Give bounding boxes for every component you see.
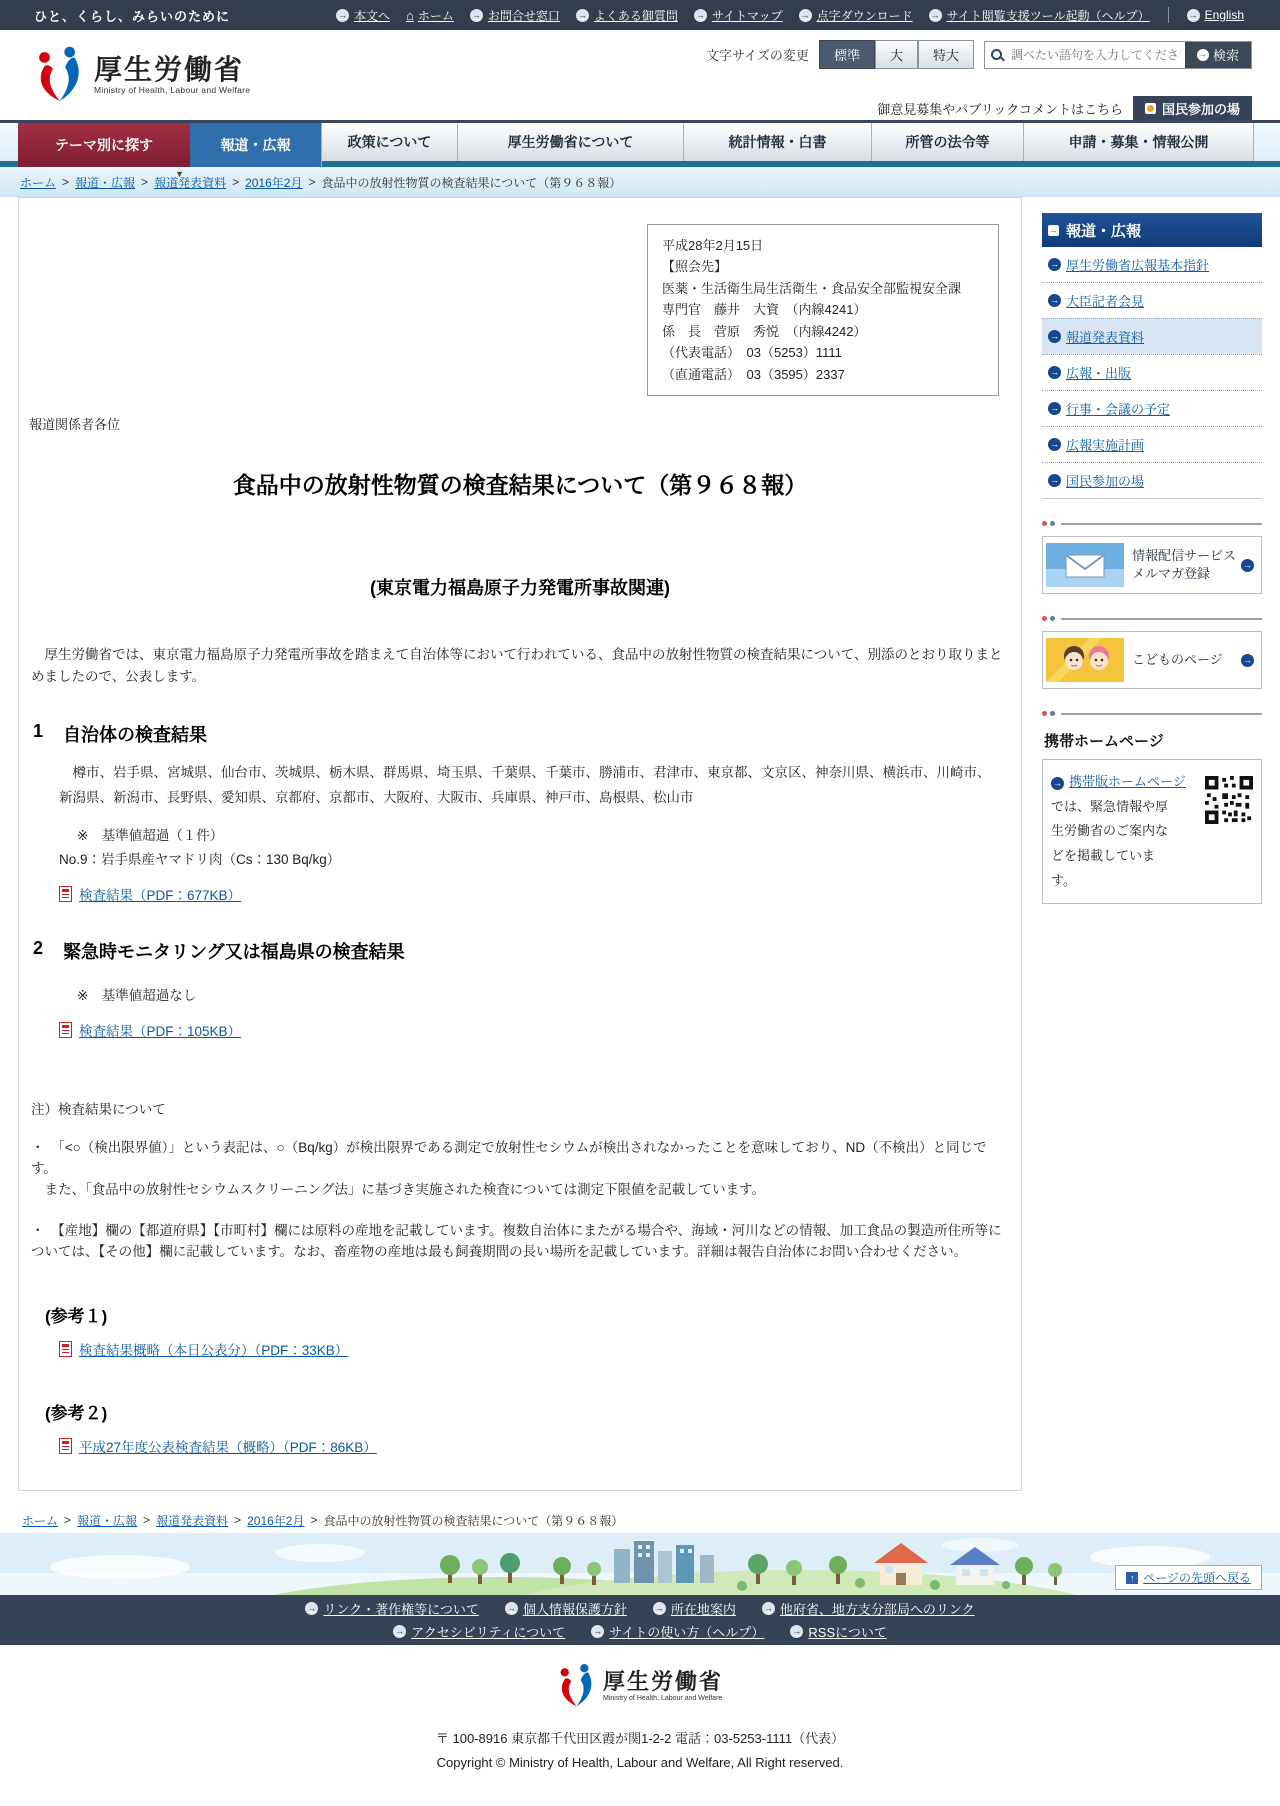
sidebar-item-pr-plan[interactable]: 広報実施計画 (1042, 426, 1262, 462)
page: ひと、くらし、みらいのために 本文へ ホーム お問合せ窓口 よくある御質問 サイ… (0, 0, 1280, 1806)
reference2-pdf-link[interactable]: 平成27年度公表検査結果（概略）（PDF：86KB） (79, 1440, 377, 1455)
reference1-row: 検査結果概略（本日公表分）（PDF：33KB） (59, 1339, 1021, 1359)
arrow-icon (1241, 654, 1254, 667)
footer-links-row1: リンク・著作権等について 個人情報保護方針 所在地案内 他府省、地方支分部局への… (305, 1599, 974, 1618)
footer-illustration: ページの先頭へ戻る (0, 1533, 1280, 1595)
mhlw-logo[interactable]: 厚生労働省 Ministry of Health, Labour and Wel… (34, 46, 250, 104)
arrow-icon (1187, 9, 1200, 22)
participation-icon (1145, 103, 1156, 114)
notes-heading: 注）検査結果について (31, 1098, 1021, 1118)
arrow-icon (762, 1602, 775, 1615)
breadcrumb-press-releases[interactable]: 報道発表資料 (156, 1512, 228, 1529)
footer-link-accessibility[interactable]: アクセシビリティについて (393, 1622, 565, 1641)
section2-heading: 2 緊急時モニタリング又は福島県の検査結果 (33, 938, 1021, 964)
intro-paragraph: 厚生労働省では、東京電力福島原子力発電所事故を踏まえて自治体等において行われてい… (31, 644, 1009, 687)
arrow-icon (336, 9, 349, 22)
global-nav: テーマ別に探す 報道・広報 政策について 厚生労働省について 統計情報・白書 所… (0, 120, 1280, 167)
footer: 厚生労働省 Ministry of Health, Labour and Wel… (0, 1645, 1280, 1806)
utility-links: 本文へ ホーム お問合せ窓口 よくある御質問 サイトマップ 点字ダウンロード サ… (336, 7, 1244, 24)
sidebar-item-publications[interactable]: 広報・出版 (1042, 354, 1262, 390)
section2-pdf-link[interactable]: 検査結果（PDF：105KB） (79, 1024, 241, 1039)
section2-exceedance-note: ※ 基準値超過なし (77, 984, 1021, 1004)
breadcrumb: ホーム> 報道・広報> 報道発表資料> 2016年2月> 食品中の放射性物質の検… (0, 167, 1280, 197)
pdf-icon (59, 886, 72, 902)
contact-line: 専門官 藤井 大資 （内線4241） (662, 299, 984, 320)
mailmag-banner-label: 情報配信サービス メルマガ登録 (1124, 547, 1241, 582)
note-item: ・ 「<○（検出限界値）」という表記は、○（Bq/kg）が検出限界である測定で放… (31, 1138, 1007, 1201)
breadcrumb-press[interactable]: 報道・広報 (77, 1512, 137, 1529)
footer-link-copyright-policy[interactable]: リンク・著作権等について (305, 1599, 478, 1618)
breadcrumb-month[interactable]: 2016年2月 (247, 1512, 304, 1529)
arrow-icon (470, 9, 483, 22)
arrow-icon (1048, 438, 1061, 451)
footer-link-rss[interactable]: RSSについて (790, 1622, 886, 1641)
content-area: 平成28年2月15日 【照会先】 医薬・生活衛生局生活衛生・食品安全部監視安全課… (0, 197, 1280, 1507)
footer-link-privacy[interactable]: 個人情報保護方針 (505, 1599, 627, 1618)
mailmag-banner[interactable]: 情報配信サービス メルマガ登録 (1042, 536, 1262, 594)
mobile-homepage-box: 携帯版ホームページ では、緊急情報や厚生労働省のご案内などを掲載しています。 (1042, 759, 1262, 904)
back-to-top[interactable]: ページの先頭へ戻る (1115, 1565, 1262, 1590)
mhlw-logo-mark (557, 1663, 595, 1709)
reference2-row: 平成27年度公表検査結果（概略）（PDF：86KB） (59, 1436, 1021, 1456)
header-controls: 文字サイズの変更 標準 大 特大 検索 (706, 40, 1252, 69)
mobile-homepage-text: では、緊急情報や厚生労働省のご案内などを掲載しています。 (1051, 795, 1179, 894)
link-accessibility-tool[interactable]: サイト閲覧支援ツール起動（ヘルプ） (929, 7, 1150, 24)
sidebar-item-minister-press[interactable]: 大臣記者会見 (1042, 282, 1262, 318)
contact-line: 医薬・生活衛生局生活衛生・食品安全部監視安全課 (662, 278, 984, 299)
reference1-pdf-link[interactable]: 検査結果概略（本日公表分）（PDF：33KB） (79, 1343, 348, 1358)
section1-pdf-link[interactable]: 検査結果（PDF：677KB） (79, 888, 241, 903)
arrow-icon (929, 9, 942, 22)
logo-subtitle: Ministry of Health, Labour and Welfare (94, 85, 250, 95)
section1-exceedance-detail: No.9：岩手県産ヤマドリ肉（Cs：130 Bq/kg） (59, 848, 1021, 868)
search-icon (991, 48, 1005, 62)
footer-link-help[interactable]: サイトの使い方（ヘルプ） (591, 1622, 764, 1641)
sidebar-divider (1042, 711, 1262, 716)
arrow-icon (1048, 474, 1061, 487)
mobile-homepage-heading: 携帯ホームページ (1044, 730, 1262, 751)
participation-button[interactable]: 国民参加の場 (1133, 96, 1252, 120)
arrow-icon (576, 9, 589, 22)
section2-pdf-row: 検査結果（PDF：105KB） (59, 1020, 1021, 1040)
salutation: 報道関係者各位 (29, 414, 1021, 433)
arrow-icon (1048, 294, 1061, 307)
sidebar: 報道・広報 厚生労働省広報基本指針 大臣記者会見 報道発表資料 広報・出版 行事… (1042, 213, 1262, 904)
link-contact[interactable]: お問合せ窓口 (470, 7, 560, 24)
arrow-icon (1048, 402, 1061, 415)
chevron-down-icon (175, 169, 184, 179)
page-title: 食品中の放射性物質の検査結果について（第９６８報） (19, 467, 1021, 500)
link-home[interactable]: ホーム (406, 7, 454, 24)
footer-links-band: リンク・著作権等について 個人情報保護方針 所在地案内 他府省、地方支分部局への… (0, 1595, 1280, 1645)
sidebar-item-press-releases[interactable]: 報道発表資料 (1042, 318, 1262, 354)
divider (1168, 7, 1169, 23)
link-english[interactable]: English (1187, 8, 1244, 22)
font-size-label: 文字サイズの変更 (706, 45, 809, 64)
breadcrumb-press-releases[interactable]: 報道発表資料 (154, 174, 226, 191)
mobile-homepage-link[interactable]: 携帯版ホームページ (1069, 774, 1186, 789)
release-date: 平成28年2月15日 (662, 235, 984, 256)
kids-page-banner[interactable]: こどものページ (1042, 631, 1262, 689)
breadcrumb-home[interactable]: ホーム (22, 1512, 58, 1529)
arrow-icon (1197, 49, 1209, 61)
qr-code (1205, 776, 1253, 833)
section1-heading: 1 自治体の検査結果 (33, 721, 1021, 747)
link-sitemap[interactable]: サイトマップ (694, 7, 783, 24)
mhlw-logo-mark (34, 46, 84, 104)
contact-line: （代表電話） 03（5253）1111 (662, 342, 984, 363)
footer-logo-text: 厚生労働省 Ministry of Health, Labour and Wel… (603, 1670, 723, 1701)
contact-line: （直通電話） 03（3595）2337 (662, 364, 984, 385)
footer-logo[interactable]: 厚生労働省 Ministry of Health, Labour and Wel… (557, 1663, 723, 1709)
tab-laws[interactable]: 所管の法令等 (872, 123, 1024, 161)
footer-copyright: Copyright © Ministry of Health, Labour a… (0, 1755, 1280, 1770)
font-size-standard-button[interactable]: 標準 (819, 40, 875, 69)
arrow-icon (305, 1602, 318, 1615)
note-item: ・ 【産地】欄の【都道府県】【市町村】欄には原料の産地を記載しています。複数自治… (31, 1221, 1007, 1263)
link-faq[interactable]: よくある御質問 (576, 7, 678, 24)
arrow-icon (1048, 366, 1061, 379)
contact-line: 係 長 菅原 秀悦 （内線4242） (662, 321, 984, 342)
font-size-buttons: 標準 大 特大 (819, 40, 974, 69)
mail-banner-image (1046, 543, 1124, 587)
tab-about-mhlw[interactable]: 厚生労働省について (458, 123, 684, 161)
arrow-icon (1048, 258, 1061, 271)
mhlw-logo-text: 厚生労働省 Ministry of Health, Labour and Wel… (94, 55, 250, 96)
site-tagline: ひと、くらし、みらいのために (34, 6, 230, 25)
public-comment-row: 御意見募集やパブリックコメントはこちら 国民参加の場 (877, 96, 1252, 120)
section1-municipality-list: 樽市、岩手県、宮城県、仙台市、茨城県、栃木県、群馬県、埼玉県、千葉県、千葉市、勝… (59, 761, 991, 810)
site-header: 厚生労働省 Ministry of Health, Labour and Wel… (0, 30, 1280, 120)
search-box: 検索 (984, 41, 1252, 69)
link-to-main-text[interactable]: 本文へ (336, 7, 390, 24)
up-arrow-icon (1126, 1572, 1138, 1584)
pdf-icon (59, 1438, 72, 1454)
opinion-text: 御意見募集やパブリックコメントはこちら (877, 99, 1123, 118)
footer-link-location[interactable]: 所在地案内 (653, 1599, 736, 1618)
arrow-icon (505, 1602, 518, 1615)
sidebar-divider (1042, 521, 1262, 526)
bottom-breadcrumb-wrap: ホーム> 報道・広報> 報道発表資料> 2016年2月> 食品中の放射性物質の検… (0, 1507, 1280, 1533)
arrow-icon (1048, 225, 1059, 236)
arrow-icon (591, 1625, 604, 1638)
tab-theme-search[interactable]: テーマ別に探す (18, 123, 190, 167)
footer-address: 〒 100-8916 東京都千代田区霞が関1-2-2 電話：03-5253-11… (0, 1728, 1280, 1747)
arrow-icon (1241, 559, 1254, 572)
arrow-icon (1051, 777, 1064, 790)
reference1-heading: (参考１) (45, 1302, 1021, 1327)
breadcrumb-home[interactable]: ホーム (20, 174, 56, 191)
sidebar-item-participation[interactable]: 国民参加の場 (1042, 462, 1262, 498)
link-braille-download[interactable]: 点字ダウンロード (799, 7, 913, 24)
breadcrumb-current: 食品中の放射性物質の検査結果について（第９６８報） (321, 174, 621, 191)
sidebar-nav: 厚生労働省広報基本指針 大臣記者会見 報道発表資料 広報・出版 行事・会議の予定… (1042, 247, 1262, 499)
arrow-icon (799, 9, 812, 22)
town-illustration (0, 1533, 1280, 1595)
sidebar-item-events[interactable]: 行事・会議の予定 (1042, 390, 1262, 426)
pdf-icon (59, 1341, 72, 1357)
arrow-icon (790, 1625, 803, 1638)
page-subtitle: (東京電力福島原子力発電所事故関連) (19, 574, 1021, 600)
arrow-icon (1048, 330, 1061, 343)
top-utility-bar: ひと、くらし、みらいのために 本文へ ホーム お問合せ窓口 よくある御質問 サイ… (0, 0, 1280, 30)
contact-box: 平成28年2月15日 【照会先】 医薬・生活衛生局生活衛生・食品安全部監視安全課… (647, 224, 999, 396)
breadcrumb-press[interactable]: 報道・広報 (75, 174, 135, 191)
sidebar-nav-title: 報道・広報 (1042, 213, 1262, 247)
logo-title: 厚生労働省 (94, 55, 250, 86)
tab-press[interactable]: 報道・広報 (190, 123, 322, 167)
footer-links-row2: アクセシビリティについて サイトの使い方（ヘルプ） RSSについて (393, 1622, 887, 1641)
section1-pdf-row: 検査結果（PDF：677KB） (59, 884, 1021, 904)
search-input[interactable] (1007, 48, 1185, 62)
font-size-xlarge-button[interactable]: 特大 (918, 40, 974, 69)
breadcrumb-current: 食品中の放射性物質の検査結果について（第９６８報） (323, 1512, 623, 1529)
breadcrumb-bottom: ホーム> 報道・広報> 報道発表資料> 2016年2月> 食品中の放射性物質の検… (20, 1507, 623, 1533)
main-article: 平成28年2月15日 【照会先】 医薬・生活衛生局生活衛生・食品安全部監視安全課… (18, 197, 1022, 1491)
arrow-icon (393, 1625, 406, 1638)
search-button[interactable]: 検索 (1185, 42, 1251, 68)
arrow-icon (694, 9, 707, 22)
tab-statistics[interactable]: 統計情報・白書 (684, 123, 872, 161)
contact-heading: 【照会先】 (662, 256, 984, 277)
section1-exceedance-note: ※ 基準値超過（１件） (77, 824, 1021, 844)
reference2-heading: (参考２) (45, 1399, 1021, 1424)
sidebar-item-pr-guideline[interactable]: 厚生労働省広報基本指針 (1042, 247, 1262, 282)
font-size-large-button[interactable]: 大 (875, 40, 918, 69)
sidebar-divider (1042, 616, 1262, 621)
kids-banner-label: こどものページ (1124, 651, 1241, 669)
kids-banner-image (1046, 638, 1124, 682)
tab-policy[interactable]: 政策について (322, 123, 458, 161)
pdf-icon (59, 1022, 72, 1038)
tab-applications[interactable]: 申請・募集・情報公開 (1024, 123, 1254, 161)
footer-link-other-ministries[interactable]: 他府省、地方支分部局へのリンク (762, 1599, 975, 1618)
breadcrumb-month[interactable]: 2016年2月 (245, 174, 302, 191)
home-icon (406, 8, 414, 23)
arrow-icon (653, 1602, 666, 1615)
